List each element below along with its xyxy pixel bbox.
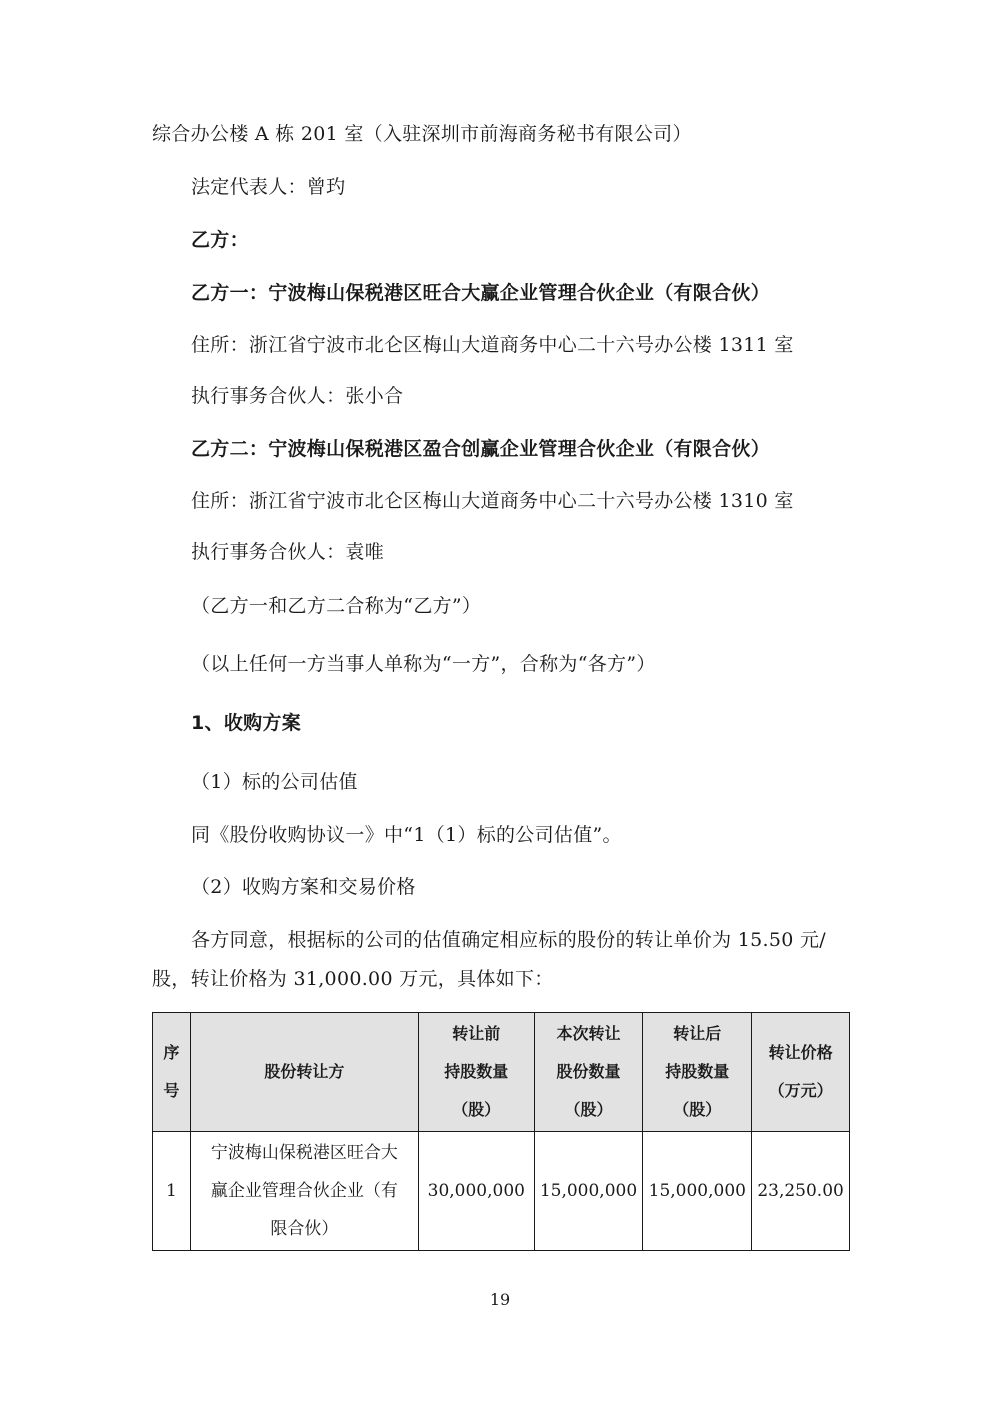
header-transfer-line2: 股份数量 [539,1053,639,1091]
party-b1-partner: 执行事务合伙人：张小合 [191,384,403,408]
party-b2-address: 住所：浙江省宁波市北仑区梅山大道商务中心二十六号办公楼 1310 室 [191,489,794,513]
address-continuation: 综合办公楼 A 栋 201 室（入驻深圳市前海商务秘书有限公司） [152,122,692,146]
header-price-line1: 转让价格 [756,1034,845,1072]
share-transfer-table: 序 号 股份转让方 转让前 持股数量 （股） 本次转让 股份数量 （股） 转让后… [152,1012,850,1251]
page-number: 19 [0,1290,1000,1309]
cell-party-line1: 宁波梅山保税港区旺合大 [195,1134,414,1172]
cell-seq: 1 [153,1132,191,1251]
party-b-heading: 乙方： [191,228,249,252]
subsection-1-title: （1）标的公司估值 [191,770,358,794]
legal-representative: 法定代表人：曾玓 [191,175,345,199]
header-seq-line1: 序 [157,1034,186,1072]
cell-party-line2: 赢企业管理合伙企业（有 [195,1172,414,1210]
section-1-title: 1、收购方案 [191,711,301,735]
party-b1-name: 乙方一：宁波梅山保税港区旺合大赢企业管理合伙企业（有限合伙） [191,281,770,305]
party-b2-partner: 执行事务合伙人：袁唯 [191,540,384,564]
header-transfer: 本次转让 股份数量 （股） [534,1013,643,1132]
header-price-line2: （万元） [756,1072,845,1110]
header-party: 股份转让方 [190,1013,418,1132]
header-before-line2: 持股数量 [423,1053,530,1091]
subsection-2-body-line1: 各方同意，根据标的公司的估值确定相应标的股份的转让单价为 15.50 元/ [191,928,826,952]
header-after-line3: （股） [647,1091,747,1129]
subsection-2-title: （2）收购方案和交易价格 [191,875,416,899]
header-before: 转让前 持股数量 （股） [419,1013,535,1132]
cell-transfer: 15,000,000 [534,1132,643,1251]
header-after-line1: 转让后 [647,1015,747,1053]
header-after-line2: 持股数量 [647,1053,747,1091]
table-header-row: 序 号 股份转让方 转让前 持股数量 （股） 本次转让 股份数量 （股） 转让后… [153,1013,850,1132]
header-transfer-line1: 本次转让 [539,1015,639,1053]
collective-all-parties: （以上任何一方当事人单称为“一方”，合称为“各方”） [191,652,656,676]
cell-after: 15,000,000 [643,1132,752,1251]
cell-party: 宁波梅山保税港区旺合大 赢企业管理合伙企业（有 限合伙） [190,1132,418,1251]
header-before-line1: 转让前 [423,1015,530,1053]
party-b1-address: 住所：浙江省宁波市北仑区梅山大道商务中心二十六号办公楼 1311 室 [191,333,794,357]
header-after: 转让后 持股数量 （股） [643,1013,752,1132]
header-seq-line2: 号 [157,1072,186,1110]
collective-party-b: （乙方一和乙方二合称为“乙方”） [191,594,481,618]
subsection-1-body: 同《股份收购协议一》中“1（1）标的公司估值”。 [191,823,622,847]
party-b2-name: 乙方二：宁波梅山保税港区盈合创赢企业管理合伙企业（有限合伙） [191,437,770,461]
cell-before: 30,000,000 [419,1132,535,1251]
table-row: 1 宁波梅山保税港区旺合大 赢企业管理合伙企业（有 限合伙） 30,000,00… [153,1132,850,1251]
header-transfer-line3: （股） [539,1091,639,1129]
cell-price: 23,250.00 [752,1132,850,1251]
cell-party-line3: 限合伙） [195,1210,414,1248]
subsection-2-body-line2: 股，转让价格为 31,000.00 万元，具体如下： [152,967,554,991]
header-seq: 序 号 [153,1013,191,1132]
header-price: 转让价格 （万元） [752,1013,850,1132]
header-before-line3: （股） [423,1091,530,1129]
